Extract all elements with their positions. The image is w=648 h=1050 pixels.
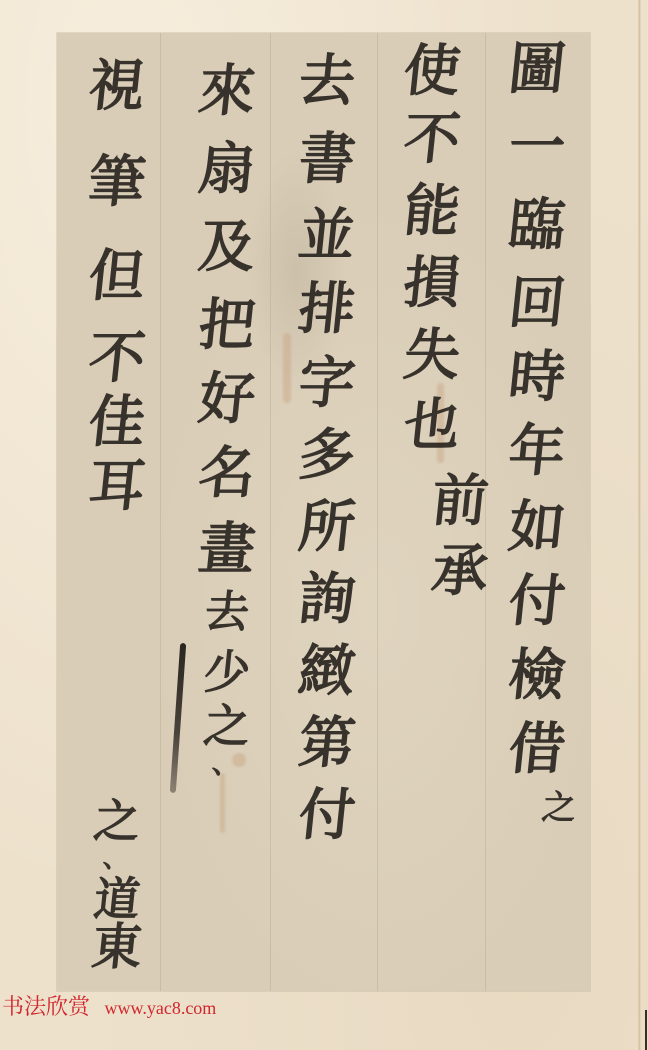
glyph: 東 (89, 922, 144, 972)
paper-stain (220, 773, 225, 833)
glyph: 承 (429, 543, 491, 599)
watermark-site-name: 书法欣赏 (2, 994, 90, 1019)
glyph: 不 (401, 111, 463, 167)
glyph: 圖 (506, 41, 568, 97)
calligraphy-column-3: 去 書 並 排 字 多 所 詢 緻 第 付 (287, 53, 367, 843)
glyph: 去 (203, 591, 252, 635)
glyph: 少 (202, 649, 253, 695)
glyph: 前 (429, 473, 491, 529)
glyph: 、 (102, 844, 133, 872)
glyph: 一 (506, 119, 568, 175)
glyph: 失 (401, 327, 463, 383)
glyph: 之 (202, 703, 253, 749)
glyph: 時 (506, 349, 568, 405)
glyph: 緻 (296, 643, 358, 699)
glyph: 第 (296, 715, 358, 771)
glyph: 視 (86, 58, 148, 114)
glyph: 年 (506, 423, 568, 479)
glyph: 字 (296, 355, 358, 411)
calligraphy-column-1: 圖 一 臨 回 時 年 如 付 檢 借 之 (497, 41, 577, 825)
glyph: 回 (506, 275, 568, 331)
glyph: 損 (401, 255, 463, 311)
glyph: 及 (196, 219, 258, 275)
paper-crease (270, 33, 271, 991)
glyph: 所 (296, 499, 358, 555)
glyph: 名 (196, 445, 258, 501)
glyph: 檢 (506, 647, 568, 703)
glyph: 並 (296, 207, 358, 263)
glyph: 扇 (196, 141, 258, 197)
glyph: 道 (92, 876, 143, 922)
signature: 之 、 道 東 (77, 798, 157, 972)
glyph: 佳 (86, 394, 148, 450)
calligraphy-column-2: 使 不 能 損 失 也 前 承 (392, 43, 472, 599)
glyph: 畫 (196, 521, 258, 577)
mount-edge-shadow (645, 1010, 647, 1050)
glyph: 、 (210, 749, 243, 779)
calligraphy-paper: 圖 一 臨 回 時 年 如 付 檢 借 之 使 不 能 損 失 也 前 承 去 … (57, 33, 590, 991)
glyph: 多 (296, 427, 358, 483)
glyph: 但 (86, 248, 148, 304)
mount-edge (638, 0, 641, 1050)
glyph: 之 (92, 798, 143, 844)
glyph: 排 (296, 281, 358, 337)
calligraphy-column-4: 來 扇 及 把 好 名 畫 去 少 之 、 (187, 63, 267, 779)
glyph: 借 (506, 721, 568, 777)
glyph: 付 (506, 573, 568, 629)
paper-crease (160, 33, 161, 991)
paper-crease (377, 33, 378, 991)
glyph: 詢 (296, 571, 358, 627)
elongated-ink-stroke (170, 643, 186, 793)
glyph: 能 (401, 183, 463, 239)
watermark: 书法欣赏 www.yac8.com (2, 996, 216, 1019)
glyph: 使 (401, 43, 463, 99)
glyph: 如 (506, 499, 568, 555)
glyph: 臨 (506, 197, 568, 253)
glyph: 之 (540, 791, 578, 825)
watermark-url: www.yac8.com (105, 998, 217, 1018)
glyph: 書 (296, 131, 358, 187)
glyph: 筆 (86, 154, 148, 210)
glyph: 把 (196, 297, 258, 353)
glyph: 去 (296, 53, 358, 109)
glyph: 不 (86, 330, 148, 386)
glyph: 好 (196, 371, 258, 427)
glyph: 耳 (86, 458, 148, 514)
glyph: 付 (296, 787, 358, 843)
glyph: 也 (401, 397, 463, 453)
calligraphy-column-5: 視 筆 但 不 佳 耳 (77, 58, 157, 514)
glyph: 來 (196, 63, 258, 119)
